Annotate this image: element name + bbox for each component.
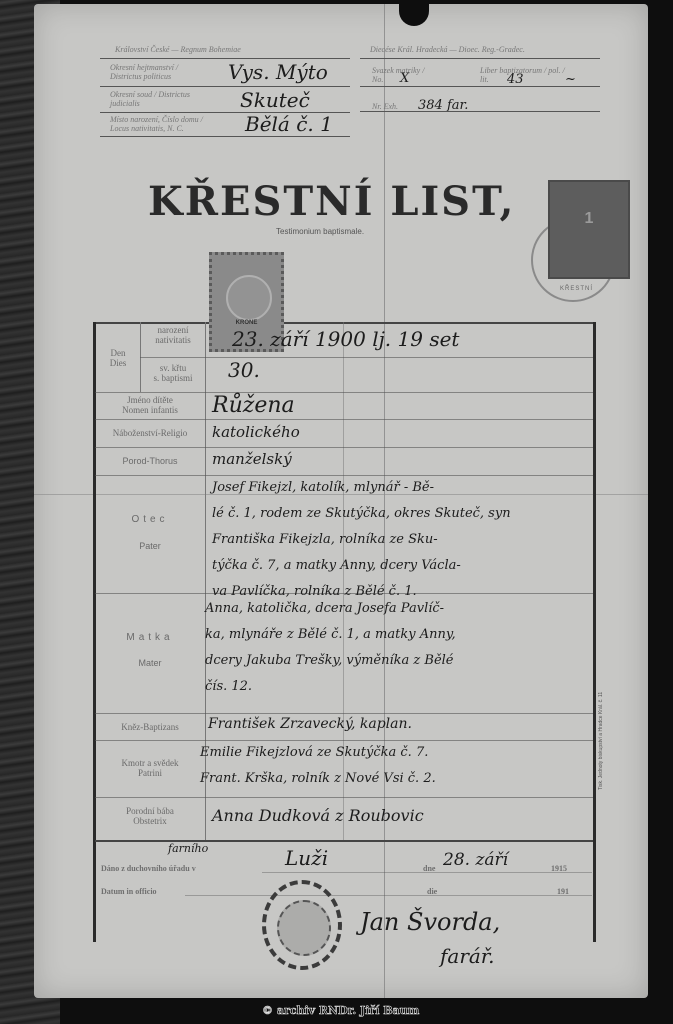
birthplace-value: Bělá č. 1 (245, 112, 333, 136)
mother-line: Anna, katolička, dcera Josefa Pavlíč- (205, 596, 595, 622)
midwife-value: Anna Dudková z Roubovic (212, 806, 424, 825)
document-subtitle: Testimonium baptismale. (276, 227, 364, 236)
birthplace-label: Místo narození, Číslo domu / Locus nativ… (110, 115, 210, 133)
father-line: lé č. 1, rodem ze Skutýčka, okres Skuteč… (212, 501, 592, 527)
birth-date-label: narození nativitatis (142, 325, 204, 345)
godparent-line: Emilie Fikejzlová ze Skutýčka č. 7. (200, 740, 590, 766)
divider (360, 111, 600, 112)
stamp-emblem (226, 275, 272, 321)
baptism-date-value: 30. (228, 358, 260, 382)
year-prefix-latin: 191 (557, 887, 569, 896)
postmark-text: KŘESTNÍ (560, 286, 593, 292)
divider (360, 86, 600, 87)
copyright-watermark: © archiv RNDr. Jiří Baum (262, 1004, 419, 1017)
datum-label: Datum in officio (101, 887, 157, 896)
mother-label: Matka (96, 633, 204, 643)
district-political-value: Vys. Mýto (228, 60, 328, 84)
revenue-stamp-right: 1 (548, 180, 630, 279)
godparent-details: Emilie Fikejzlová ze Skutýčka č. 7. Fran… (200, 740, 590, 792)
diocese-label: Diecése Král. Hradecká — Dioec. Reg.-Gra… (370, 45, 525, 54)
birth-date-value: 23. září 1900 lj. 19 set (232, 327, 459, 351)
day-value: 28. září (443, 850, 508, 870)
mother-details: Anna, katolička, dcera Josefa Pavlíč- ka… (205, 596, 595, 700)
thorus-label: Porod-Thorus (96, 456, 204, 466)
father-label: Otec (96, 515, 204, 525)
divider (100, 58, 350, 59)
die-label: die (427, 887, 437, 896)
father-line: Josef Fikejzl, katolík, mlynář - Bě- (212, 475, 592, 501)
father-line: Františka Fikejzla, rolníka ze Sku- (212, 527, 592, 553)
mother-label-latin: Mater (96, 658, 204, 668)
liber-value: 43 (507, 72, 524, 87)
issued-label: Dáno z duchovního úřadu v (101, 864, 196, 873)
religion-value: katolického (212, 423, 300, 441)
divider (100, 136, 350, 137)
godparent-label: Kmotr a svědek Patrini (96, 758, 204, 778)
document-title: KŘESTNÍ LIST, (148, 178, 515, 225)
divider (360, 58, 600, 59)
child-name-value: Růžena (212, 393, 295, 418)
father-line: týčka č. 7, a matky Anny, dcery Václa- (212, 553, 592, 579)
father-label-latin: Pater (96, 541, 204, 551)
register-value: X (400, 71, 409, 86)
year-value: 1915 (551, 864, 567, 873)
liber-lit-value: ~ (565, 72, 576, 87)
stamp-label: KRONE (212, 320, 281, 326)
punch-hole (399, 4, 429, 26)
district-political-label: Okresní hejtmanství / Districtus politic… (110, 63, 205, 81)
day-label: Den Dies (96, 348, 140, 368)
record-label: Nr. Exh. (372, 102, 398, 111)
divider (100, 86, 350, 87)
row-divider (95, 447, 593, 448)
baptism-date-label: sv. křtu s. baptismi (142, 363, 204, 383)
row-divider (140, 357, 593, 358)
thorus-value: manželský (212, 450, 292, 468)
stamp-denomination: 1 (550, 210, 628, 228)
mother-line: čís. 12. (205, 674, 595, 700)
row-divider (95, 797, 593, 798)
row-divider (95, 713, 593, 714)
issued-correction: farního (168, 842, 208, 855)
godparent-line: Frant. Krška, rolník z Nové Vsi č. 2. (200, 766, 590, 792)
priest-value: František Zrzavecký, kaplan. (208, 716, 412, 732)
religion-label: Náboženství-Religio (96, 428, 204, 438)
district-judicial-label: Okresní soud / Districtus judicialis (110, 90, 205, 108)
day-label: dne (423, 864, 435, 873)
district-judicial-value: Skuteč (240, 88, 310, 112)
table-left-border (93, 322, 96, 942)
kingdom-label: Království České — Regnum Bohemiae (115, 45, 241, 54)
table-top-border (95, 322, 595, 324)
row-divider (95, 419, 593, 420)
midwife-label: Porodní bába Obstetrix (96, 806, 204, 826)
parish-seal-emblem (277, 900, 331, 956)
priest-label: Kněz-Baptizans (96, 722, 204, 732)
child-name-label: Jméno dítěte Nomen infantis (96, 395, 204, 415)
printer-imprint: Tisk. Jednoty biskupství a Hradce Král. … (598, 692, 604, 790)
signature-title: farář. (440, 944, 495, 968)
issued-place: Luži (285, 846, 328, 870)
mother-line: ka, mlynáře z Bělé č. 1, a matky Anny, (205, 622, 595, 648)
signature-name: Jan Švorda, (360, 908, 500, 936)
father-details: Josef Fikejzl, katolík, mlynář - Bě- lé … (212, 475, 592, 605)
mother-line: dcery Jakuba Trešky, výměníka z Bělé (205, 648, 595, 674)
row-divider (95, 392, 593, 393)
dotted-line (185, 895, 592, 896)
